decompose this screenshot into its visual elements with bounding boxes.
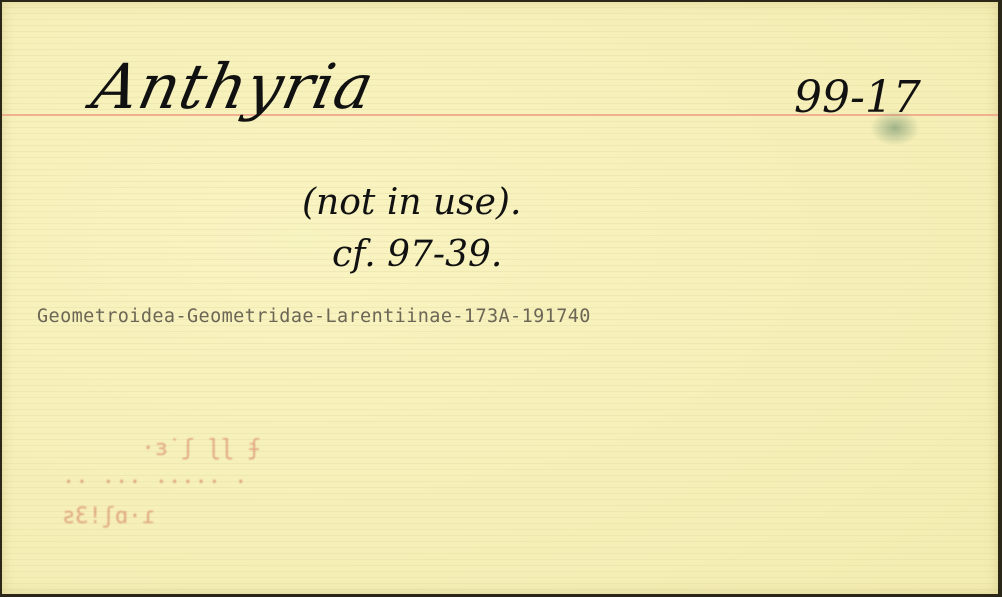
genus-name: Anthyria <box>86 50 381 123</box>
cross-reference-note: cf. 97-39. <box>332 234 502 275</box>
usage-note: (not in use). <box>302 182 521 223</box>
typed-classification: Geometroidea-Geometridae-Larentiinae-173… <box>37 306 591 327</box>
index-card: Anthyria 99-17 (not in use). cf. 97-39. … <box>2 2 998 594</box>
ink-smudge <box>870 110 920 146</box>
faded-stamp: ·ɜ˙ʃ ɭɭ ʄ ·· ··· ····· · ƨƐ!ʃɑ·ɾ <box>62 432 342 582</box>
